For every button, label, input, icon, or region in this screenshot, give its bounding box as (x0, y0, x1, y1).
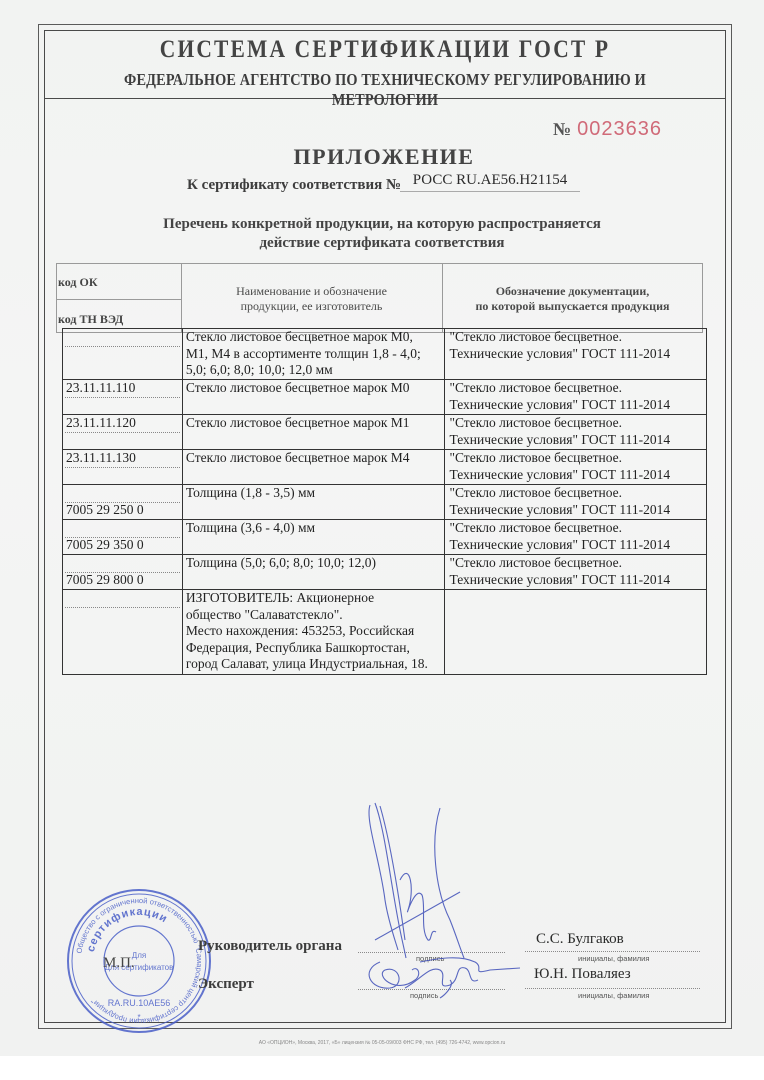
table-row: 23.11.11.120Стекло листовое бесцветное м… (63, 415, 707, 450)
product-cell: Стекло листовое бесцветное марок М0,М1, … (182, 329, 445, 380)
documentation-cell: "Стекло листовое бесцветное.Технические … (445, 380, 707, 415)
head-name-line (525, 951, 700, 952)
expert-name-line (525, 988, 700, 989)
seal-stamp-icon: Общество с ограниченной ответственностью… (66, 888, 212, 1034)
documentation-cell (445, 590, 707, 675)
page-bottom-margin (0, 1056, 764, 1080)
head-name-caption: инициалы, фамилия (578, 954, 649, 963)
product-line: Толщина (5,0; 6,0; 8,0; 10,0; 12,0) (186, 555, 442, 572)
documentation-line: Технические условия" ГОСТ 111-2014 (449, 502, 703, 519)
expert-name: Ю.Н. Поваляез (534, 966, 631, 983)
expert-label: Эксперт (198, 976, 254, 993)
documentation-line: "Стекло листовое бесцветное. (449, 450, 703, 467)
table-row: Стекло листовое бесцветное марок М0,М1, … (63, 329, 707, 380)
product-line: общество "Салаватстекло". (186, 607, 442, 624)
product-cell: Стекло листовое бесцветное марок М0 (182, 380, 445, 415)
documentation-cell: "Стекло листовое бесцветное.Технические … (445, 329, 707, 380)
code-divider (65, 397, 180, 398)
table-row: 7005 29 250 0Толщина (1,8 - 3,5) мм"Стек… (63, 485, 707, 520)
code-cell: 23.11.11.110 (63, 380, 183, 415)
product-line: Стекло листовое бесцветное марок М4 (186, 450, 442, 467)
certificate-number: РОСС RU.АЕ56.Н21154 (400, 172, 580, 192)
documentation-cell: "Стекло листовое бесцветное.Технические … (445, 450, 707, 485)
product-line: Стекло листовое бесцветное марок М0 (186, 380, 442, 397)
head-name: С.С. Булгаков (536, 931, 624, 948)
documentation-line: Технические условия" ГОСТ 111-2014 (449, 432, 703, 449)
product-cell: Стекло листовое бесцветное марок М1 (182, 415, 445, 450)
table-row: 7005 29 350 0Толщина (3,6 - 4,0) мм"Стек… (63, 520, 707, 555)
documentation-cell: "Стекло листовое бесцветное.Технические … (445, 485, 707, 520)
serial-number: №0023636 (553, 118, 662, 141)
header-documentation: Обозначение документации,по которой выпу… (443, 264, 702, 332)
code-cell: 7005 29 250 0 (63, 485, 183, 520)
header-code-ok: код ОК (58, 275, 98, 290)
expert-signature-icon (360, 950, 520, 1000)
head-of-body-label: Руководитель органа (198, 938, 342, 955)
code-ok: 23.11.11.130 (66, 450, 179, 467)
code-cell: 7005 29 800 0 (63, 555, 183, 590)
documentation-line: "Стекло листовое бесцветное. (449, 380, 703, 397)
documentation-line: Технические условия" ГОСТ 111-2014 (449, 346, 703, 363)
code-divider (65, 432, 180, 433)
table-row: 23.11.11.130Стекло листовое бесцветное м… (63, 450, 707, 485)
table-row: 23.11.11.110Стекло листовое бесцветное м… (63, 380, 707, 415)
list-title: Перечень конкретной продукции, на котору… (0, 215, 764, 253)
printer-footer: АО «ОПЦИОН», Москва, 2017, «Б» лицензия … (0, 1040, 764, 1046)
code-tn-ved: 7005 29 800 0 (66, 572, 144, 589)
svg-text:*: * (137, 1013, 140, 1022)
product-cell: Толщина (3,6 - 4,0) мм (182, 520, 445, 555)
documentation-line: "Стекло листовое бесцветное. (449, 485, 703, 502)
documentation-line: Технические условия" ГОСТ 111-2014 (449, 572, 703, 589)
code-ok: 23.11.11.120 (66, 415, 179, 432)
documentation-line: Технические условия" ГОСТ 111-2014 (449, 467, 703, 484)
code-cell: 23.11.11.130 (63, 450, 183, 485)
code-tn-ved: 7005 29 250 0 (66, 502, 144, 519)
expert-name-caption: инициалы, фамилия (578, 991, 649, 1000)
documentation-line: "Стекло листовое бесцветное. (449, 520, 703, 537)
list-title-line1: Перечень конкретной продукции, на котору… (0, 215, 764, 234)
product-line: Стекло листовое бесцветное марок М0, (186, 329, 442, 346)
product-line: город Салават, улица Индустриальная, 18. (186, 656, 442, 673)
header-product: Наименование и обозначениепродукции, ее … (181, 264, 443, 332)
product-line: Стекло листовое бесцветное марок М1 (186, 415, 442, 432)
product-line: Место нахождения: 453253, Российская (186, 623, 442, 640)
documentation-cell: "Стекло листовое бесцветное.Технические … (445, 555, 707, 590)
products-table: Стекло листовое бесцветное марок М0,М1, … (62, 328, 707, 675)
documentation-line: Технические условия" ГОСТ 111-2014 (449, 397, 703, 414)
serial-number-value: 0023636 (577, 118, 662, 140)
code-cell: 23.11.11.120 (63, 415, 183, 450)
documentation-line: Технические условия" ГОСТ 111-2014 (449, 537, 703, 554)
seal-placeholder-label: М.П. (103, 955, 135, 972)
number-sign: № (553, 119, 571, 139)
product-cell: Толщина (1,8 - 3,5) мм (182, 485, 445, 520)
agency-name: ФЕДЕРАЛЬНОЕ АГЕНТСТВО ПО ТЕХНИЧЕСКОМУ РЕ… (99, 70, 672, 110)
header-codes: код ОК код ТН ВЭД (57, 264, 182, 332)
code-ok: 23.11.11.110 (66, 380, 179, 397)
product-line: 5,0; 6,0; 8,0; 10,0; 12,0 мм (186, 362, 442, 379)
code-divider (65, 607, 180, 608)
documentation-line: "Стекло листовое бесцветное. (449, 555, 703, 572)
svg-text:RA.RU.10АЕ56: RA.RU.10АЕ56 (108, 998, 171, 1008)
code-tn-ved: 7005 29 350 0 (66, 537, 144, 554)
code-cell: 7005 29 350 0 (63, 520, 183, 555)
product-cell: Стекло листовое бесцветное марок М4 (182, 450, 445, 485)
header-code-divider (57, 299, 181, 300)
product-line: Толщина (1,8 - 3,5) мм (186, 485, 442, 502)
product-cell: Толщина (5,0; 6,0; 8,0; 10,0; 12,0) (182, 555, 445, 590)
code-cell (63, 329, 183, 380)
system-title: СИСТЕМА СЕРТИФИКАЦИИ ГОСТ Р (92, 36, 679, 64)
code-divider (65, 346, 180, 347)
appendix-title: ПРИЛОЖЕНИЕ (0, 144, 764, 170)
list-title-line2: действие сертификата соответствия (0, 234, 764, 253)
documentation-line: "Стекло листовое бесцветное. (449, 415, 703, 432)
product-line: Толщина (3,6 - 4,0) мм (186, 520, 442, 537)
product-line: Федерация, Республика Башкортостан, (186, 640, 442, 657)
code-divider (65, 467, 180, 468)
product-line: ИЗГОТОВИТЕЛЬ: Акционерное (186, 590, 442, 607)
table-row: ИЗГОТОВИТЕЛЬ: Акционерноеобщество "Салав… (63, 590, 707, 675)
header-code-tn-ved: код ТН ВЭД (58, 312, 123, 327)
documentation-cell: "Стекло листовое бесцветное.Технические … (445, 415, 707, 450)
table-header: код ОК код ТН ВЭД Наименование и обознач… (56, 263, 703, 333)
head-signature-icon (360, 800, 480, 960)
product-line: М1, М4 в ассортименте толщин 1,8 - 4,0; (186, 346, 442, 363)
table-row: 7005 29 800 0Толщина (5,0; 6,0; 8,0; 10,… (63, 555, 707, 590)
documentation-line: "Стекло листовое бесцветное. (449, 329, 703, 346)
documentation-cell: "Стекло листовое бесцветное.Технические … (445, 520, 707, 555)
code-cell (63, 590, 183, 675)
product-cell: ИЗГОТОВИТЕЛЬ: Акционерноеобщество "Салав… (182, 590, 445, 675)
certificate-label: К сертификату соответствия № (187, 177, 401, 194)
